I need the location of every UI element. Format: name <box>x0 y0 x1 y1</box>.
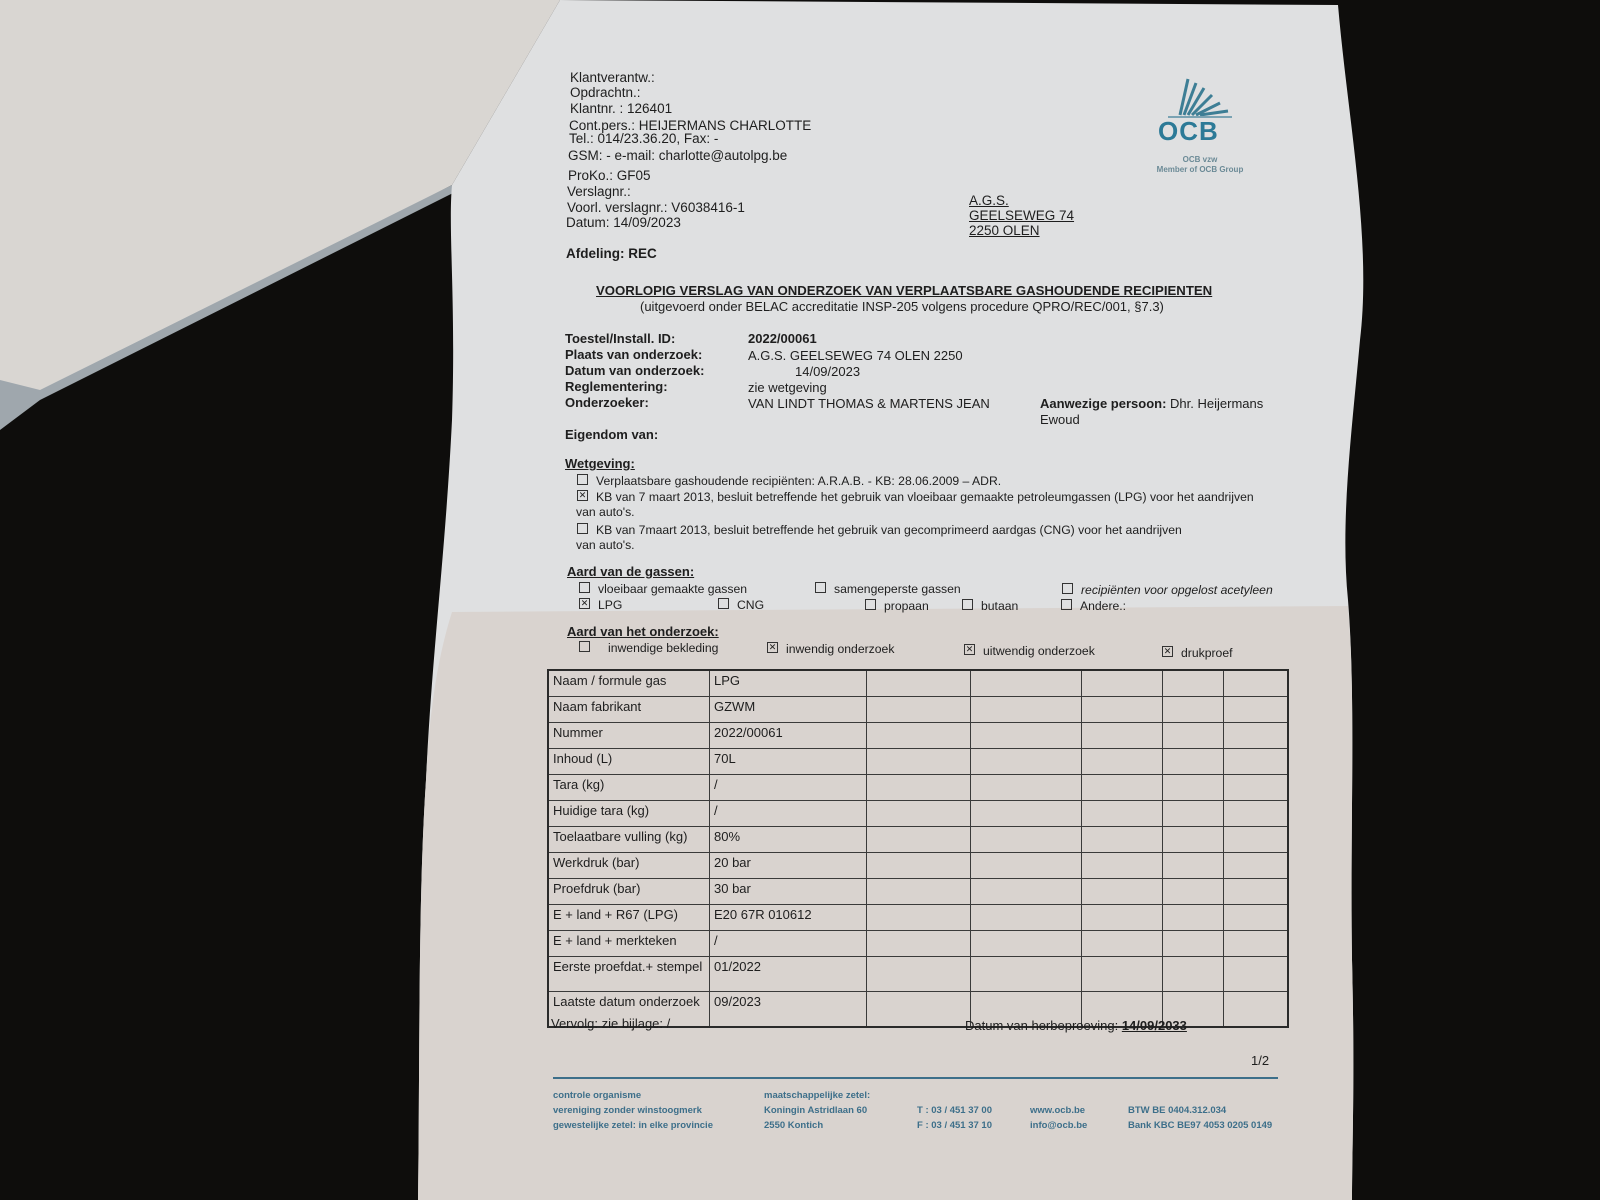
address-line3: 2250 OLEN <box>969 223 1040 239</box>
empty-cell <box>1082 957 1163 992</box>
wetgeving-item-3: KB van 7maart 2013, besluit betreffende … <box>577 523 1182 538</box>
empty-cell <box>1082 697 1163 723</box>
checkbox-cng[interactable] <box>718 598 729 609</box>
empty-cell <box>971 670 1082 697</box>
report-subtitle: (uitgevoerd onder BELAC accreditatie INS… <box>640 299 1164 314</box>
checkbox-acetyleen[interactable] <box>1062 583 1073 594</box>
proko: ProKo.: GF05 <box>568 168 651 184</box>
empty-cell <box>1163 749 1224 775</box>
gas-option-samengeperst: samengeperste gassen <box>815 582 961 597</box>
onderzoek-option-uitwendig: uitwendig onderzoek <box>964 644 1095 659</box>
row-label: Proefdruk (bar) <box>548 879 710 905</box>
row-label: Eerste proefdat.+ stempel <box>548 957 710 992</box>
onderzoek-option-inwendig: inwendig onderzoek <box>767 642 894 657</box>
voorl-verslagnr: Voorl. verslagnr.: V6038416-1 <box>567 200 745 216</box>
toestel-value: 2022/00061 <box>748 331 817 347</box>
checkbox-andere[interactable] <box>1061 599 1072 610</box>
empty-cell <box>1163 697 1224 723</box>
eigendom-label: Eigendom van: <box>565 427 658 443</box>
footer-divider <box>553 1077 1278 1079</box>
empty-cell <box>867 697 971 723</box>
checkbox-uitwendig[interactable] <box>964 644 975 655</box>
empty-cell <box>867 853 971 879</box>
empty-cell <box>1224 670 1288 697</box>
empty-cell <box>1082 723 1163 749</box>
empty-cell <box>971 853 1082 879</box>
report-title: VOORLOPIG VERSLAG VAN ONDERZOEK VAN VERP… <box>596 283 1212 298</box>
checkbox-inwendig[interactable] <box>767 642 778 653</box>
gas-option-butaan: butaan <box>962 599 1018 614</box>
table-row: Toelaatbare vulling (kg)80% <box>548 827 1288 853</box>
empty-cell <box>1082 775 1163 801</box>
row-value: LPG <box>710 670 867 697</box>
checkbox-wetgeving-2[interactable] <box>577 490 588 501</box>
empty-cell <box>1082 670 1163 697</box>
empty-cell <box>971 905 1082 931</box>
empty-cell <box>867 957 971 992</box>
reglementering-value: zie wetgeving <box>748 380 827 396</box>
aanwezige-value: Dhr. Heijermans <box>1170 396 1263 411</box>
footer-col5: BTW BE 0404.312.034 Bank KBC BE97 4053 0… <box>1128 1103 1272 1133</box>
empty-cell <box>971 931 1082 957</box>
address-line2: GEELSEWEG 74 <box>969 208 1074 224</box>
empty-cell <box>1163 670 1224 697</box>
empty-cell <box>1224 957 1288 992</box>
klantverantw: Klantverantw.: <box>570 70 655 86</box>
wetgeving-item-2: KB van 7 maart 2013, besluit betreffende… <box>577 490 1254 505</box>
footer-email[interactable]: info@ocb.be <box>1030 1118 1087 1133</box>
empty-cell <box>1082 931 1163 957</box>
gas-option-acetyleen: recipiënten voor opgelost acetyleen <box>1062 583 1273 598</box>
table-row: Tara (kg)/ <box>548 775 1288 801</box>
empty-cell <box>867 905 971 931</box>
footer-col4: www.ocb.be info@ocb.be <box>1030 1103 1087 1133</box>
plaats-value: A.G.S. GEELSEWEG 74 OLEN 2250 <box>748 348 963 364</box>
empty-cell <box>1082 853 1163 879</box>
gas-option-lpg: LPG <box>579 598 622 613</box>
row-value: 80% <box>710 827 867 853</box>
row-value: 2022/00061 <box>710 723 867 749</box>
aanwezige-value2: Ewoud <box>1040 412 1080 428</box>
herbeproeving-label: Datum van herbeproeving: <box>965 1018 1118 1033</box>
verslagnr: Verslagnr.: <box>567 184 631 200</box>
empty-cell <box>1224 801 1288 827</box>
checkbox-wetgeving-1[interactable] <box>577 474 588 485</box>
footer-col1: controle organisme vereniging zonder win… <box>553 1088 713 1133</box>
reglementering-label: Reglementering: <box>565 379 668 395</box>
row-label: Naam fabrikant <box>548 697 710 723</box>
datum-onderzoek-label: Datum van onderzoek: <box>565 363 704 379</box>
empty-cell <box>1224 749 1288 775</box>
table-row: Inhoud (L)70L <box>548 749 1288 775</box>
wetgeving-heading: Wetgeving: <box>565 456 635 472</box>
table-row: E + land + R67 (LPG)E20 67R 010612 <box>548 905 1288 931</box>
gas-option-cng: CNG <box>718 598 764 613</box>
empty-cell <box>971 801 1082 827</box>
row-value: 30 bar <box>710 879 867 905</box>
checkbox-bekleding[interactable] <box>579 641 590 652</box>
table-row: Naam / formule gasLPG <box>548 670 1288 697</box>
empty-cell <box>1224 723 1288 749</box>
logo-sub1: OCB vzw <box>1150 155 1250 165</box>
checkbox-propaan[interactable] <box>865 599 876 610</box>
row-label: Toelaatbare vulling (kg) <box>548 827 710 853</box>
empty-cell <box>971 723 1082 749</box>
row-label: Tara (kg) <box>548 775 710 801</box>
empty-cell <box>1163 827 1224 853</box>
empty-cell <box>1224 931 1288 957</box>
onderzoeker-value: VAN LINDT THOMAS & MARTENS JEAN <box>748 396 990 412</box>
onderzoek-option-drukproef: drukproef <box>1162 646 1233 661</box>
herbeproeving-value: 14/09/2033 <box>1122 1018 1187 1033</box>
row-label: Werkdruk (bar) <box>548 853 710 879</box>
vervolg: Vervolg: zie bijlage: / <box>551 1016 670 1032</box>
gas-option-propaan: propaan <box>865 599 929 614</box>
empty-cell <box>1163 905 1224 931</box>
table-row: Naam fabrikantGZWM <box>548 697 1288 723</box>
checkbox-samengeperst[interactable] <box>815 582 826 593</box>
empty-cell <box>1163 957 1224 992</box>
row-value: E20 67R 010612 <box>710 905 867 931</box>
empty-cell <box>1163 853 1224 879</box>
klantnr: Klantnr. : 126401 <box>570 101 672 117</box>
row-label: Huidige tara (kg) <box>548 801 710 827</box>
gas-option-vloeibaar: vloeibaar gemaakte gassen <box>579 582 747 597</box>
row-value: / <box>710 801 867 827</box>
gassen-heading: Aard van de gassen: <box>567 564 694 580</box>
empty-cell <box>867 775 971 801</box>
empty-cell <box>1082 905 1163 931</box>
empty-cell <box>1082 801 1163 827</box>
table-row: Werkdruk (bar)20 bar <box>548 853 1288 879</box>
row-value: / <box>710 775 867 801</box>
empty-cell <box>867 670 971 697</box>
empty-cell <box>867 931 971 957</box>
onderzoek-option-bekleding: inwendige bekleding <box>579 641 718 656</box>
empty-cell <box>1163 879 1224 905</box>
gas-option-andere: Andere.: <box>1061 599 1126 614</box>
aanwezige-persoon: Aanwezige persoon: Dhr. Heijermans <box>1040 396 1263 411</box>
checkbox-lpg[interactable] <box>579 598 590 609</box>
row-label: Inhoud (L) <box>548 749 710 775</box>
empty-cell <box>971 775 1082 801</box>
empty-cell <box>1224 853 1288 879</box>
logo-sub2: Member of OCB Group <box>1150 165 1250 175</box>
empty-cell <box>971 957 1082 992</box>
empty-cell <box>1224 905 1288 931</box>
plaats-label: Plaats van onderzoek: <box>565 347 702 363</box>
row-value: / <box>710 931 867 957</box>
empty-cell <box>867 723 971 749</box>
empty-cell <box>867 801 971 827</box>
table-row: Eerste proefdat.+ stempel01/2022 <box>548 957 1288 992</box>
footer-website[interactable]: www.ocb.be <box>1030 1103 1087 1118</box>
ocb-rays-icon <box>1158 75 1238 120</box>
checkbox-butaan[interactable] <box>962 599 973 610</box>
empty-cell <box>867 879 971 905</box>
row-label: E + land + R67 (LPG) <box>548 905 710 931</box>
inspection-report-document: Klantverantw.: Opdrachtn.: Klantnr. : 12… <box>0 0 1600 1200</box>
empty-cell <box>971 697 1082 723</box>
row-label: Nummer <box>548 723 710 749</box>
empty-cell <box>1224 827 1288 853</box>
empty-cell <box>867 992 971 1028</box>
footer-col2: maatschappelijke zetel: Koningin Astridl… <box>764 1088 870 1133</box>
checkbox-drukproef[interactable] <box>1162 646 1173 657</box>
row-value: 09/2023 <box>710 992 867 1028</box>
empty-cell <box>1082 879 1163 905</box>
opdrachtn: Opdrachtn.: <box>570 85 641 101</box>
empty-cell <box>971 879 1082 905</box>
ocb-logo: OCB OCB vzw Member of OCB Group <box>1150 75 1250 175</box>
page-number: 1/2 <box>1251 1053 1269 1069</box>
empty-cell <box>1163 723 1224 749</box>
empty-cell <box>1224 879 1288 905</box>
onderzoek-heading: Aard van het onderzoek: <box>567 624 719 640</box>
toestel-label: Toestel/Install. ID: <box>565 331 675 347</box>
empty-cell <box>1082 827 1163 853</box>
datum-onderzoek-value: 14/09/2023 <box>795 364 860 380</box>
row-value: 20 bar <box>710 853 867 879</box>
empty-cell <box>1082 749 1163 775</box>
table-row: Proefdruk (bar)30 bar <box>548 879 1288 905</box>
checkbox-wetgeving-3[interactable] <box>577 523 588 534</box>
address-line1: A.G.S. <box>969 193 1009 209</box>
table-row: Nummer2022/00061 <box>548 723 1288 749</box>
empty-cell <box>1163 775 1224 801</box>
empty-cell <box>1224 775 1288 801</box>
empty-cell <box>1224 992 1288 1028</box>
aanwezige-label: Aanwezige persoon: <box>1040 396 1166 411</box>
onderzoeker-label: Onderzoeker: <box>565 395 649 411</box>
telephone: Tel.: 014/23.36.20, Fax: - <box>569 131 718 147</box>
row-value: 01/2022 <box>710 957 867 992</box>
logo-text: OCB <box>1158 116 1250 147</box>
checkbox-vloeibaar[interactable] <box>579 582 590 593</box>
row-label: Naam / formule gas <box>548 670 710 697</box>
herbeproeving: Datum van herbeproeving: 14/09/2033 <box>965 1018 1187 1034</box>
row-label: E + land + merkteken <box>548 931 710 957</box>
table-row: Huidige tara (kg)/ <box>548 801 1288 827</box>
report-date: Datum: 14/09/2023 <box>566 215 681 231</box>
wetgeving-item-3-cont: van auto's. <box>576 538 635 553</box>
empty-cell <box>971 749 1082 775</box>
wetgeving-item-2-cont: van auto's. <box>576 505 635 520</box>
empty-cell <box>1224 697 1288 723</box>
gsm-email: GSM: - e-mail: charlotte@autolpg.be <box>568 148 787 164</box>
footer-col3: T : 03 / 451 37 00 F : 03 / 451 37 10 <box>917 1103 992 1133</box>
wetgeving-item-1: Verplaatsbare gashoudende recipiënten: A… <box>577 474 1001 489</box>
afdeling: Afdeling: REC <box>566 246 657 262</box>
recipient-data-table: Naam / formule gasLPGNaam fabrikantGZWMN… <box>547 669 1289 1028</box>
empty-cell <box>867 827 971 853</box>
empty-cell <box>1163 931 1224 957</box>
empty-cell <box>971 827 1082 853</box>
row-value: GZWM <box>710 697 867 723</box>
empty-cell <box>867 749 971 775</box>
empty-cell <box>1163 801 1224 827</box>
row-value: 70L <box>710 749 867 775</box>
table-row: E + land + merkteken/ <box>548 931 1288 957</box>
